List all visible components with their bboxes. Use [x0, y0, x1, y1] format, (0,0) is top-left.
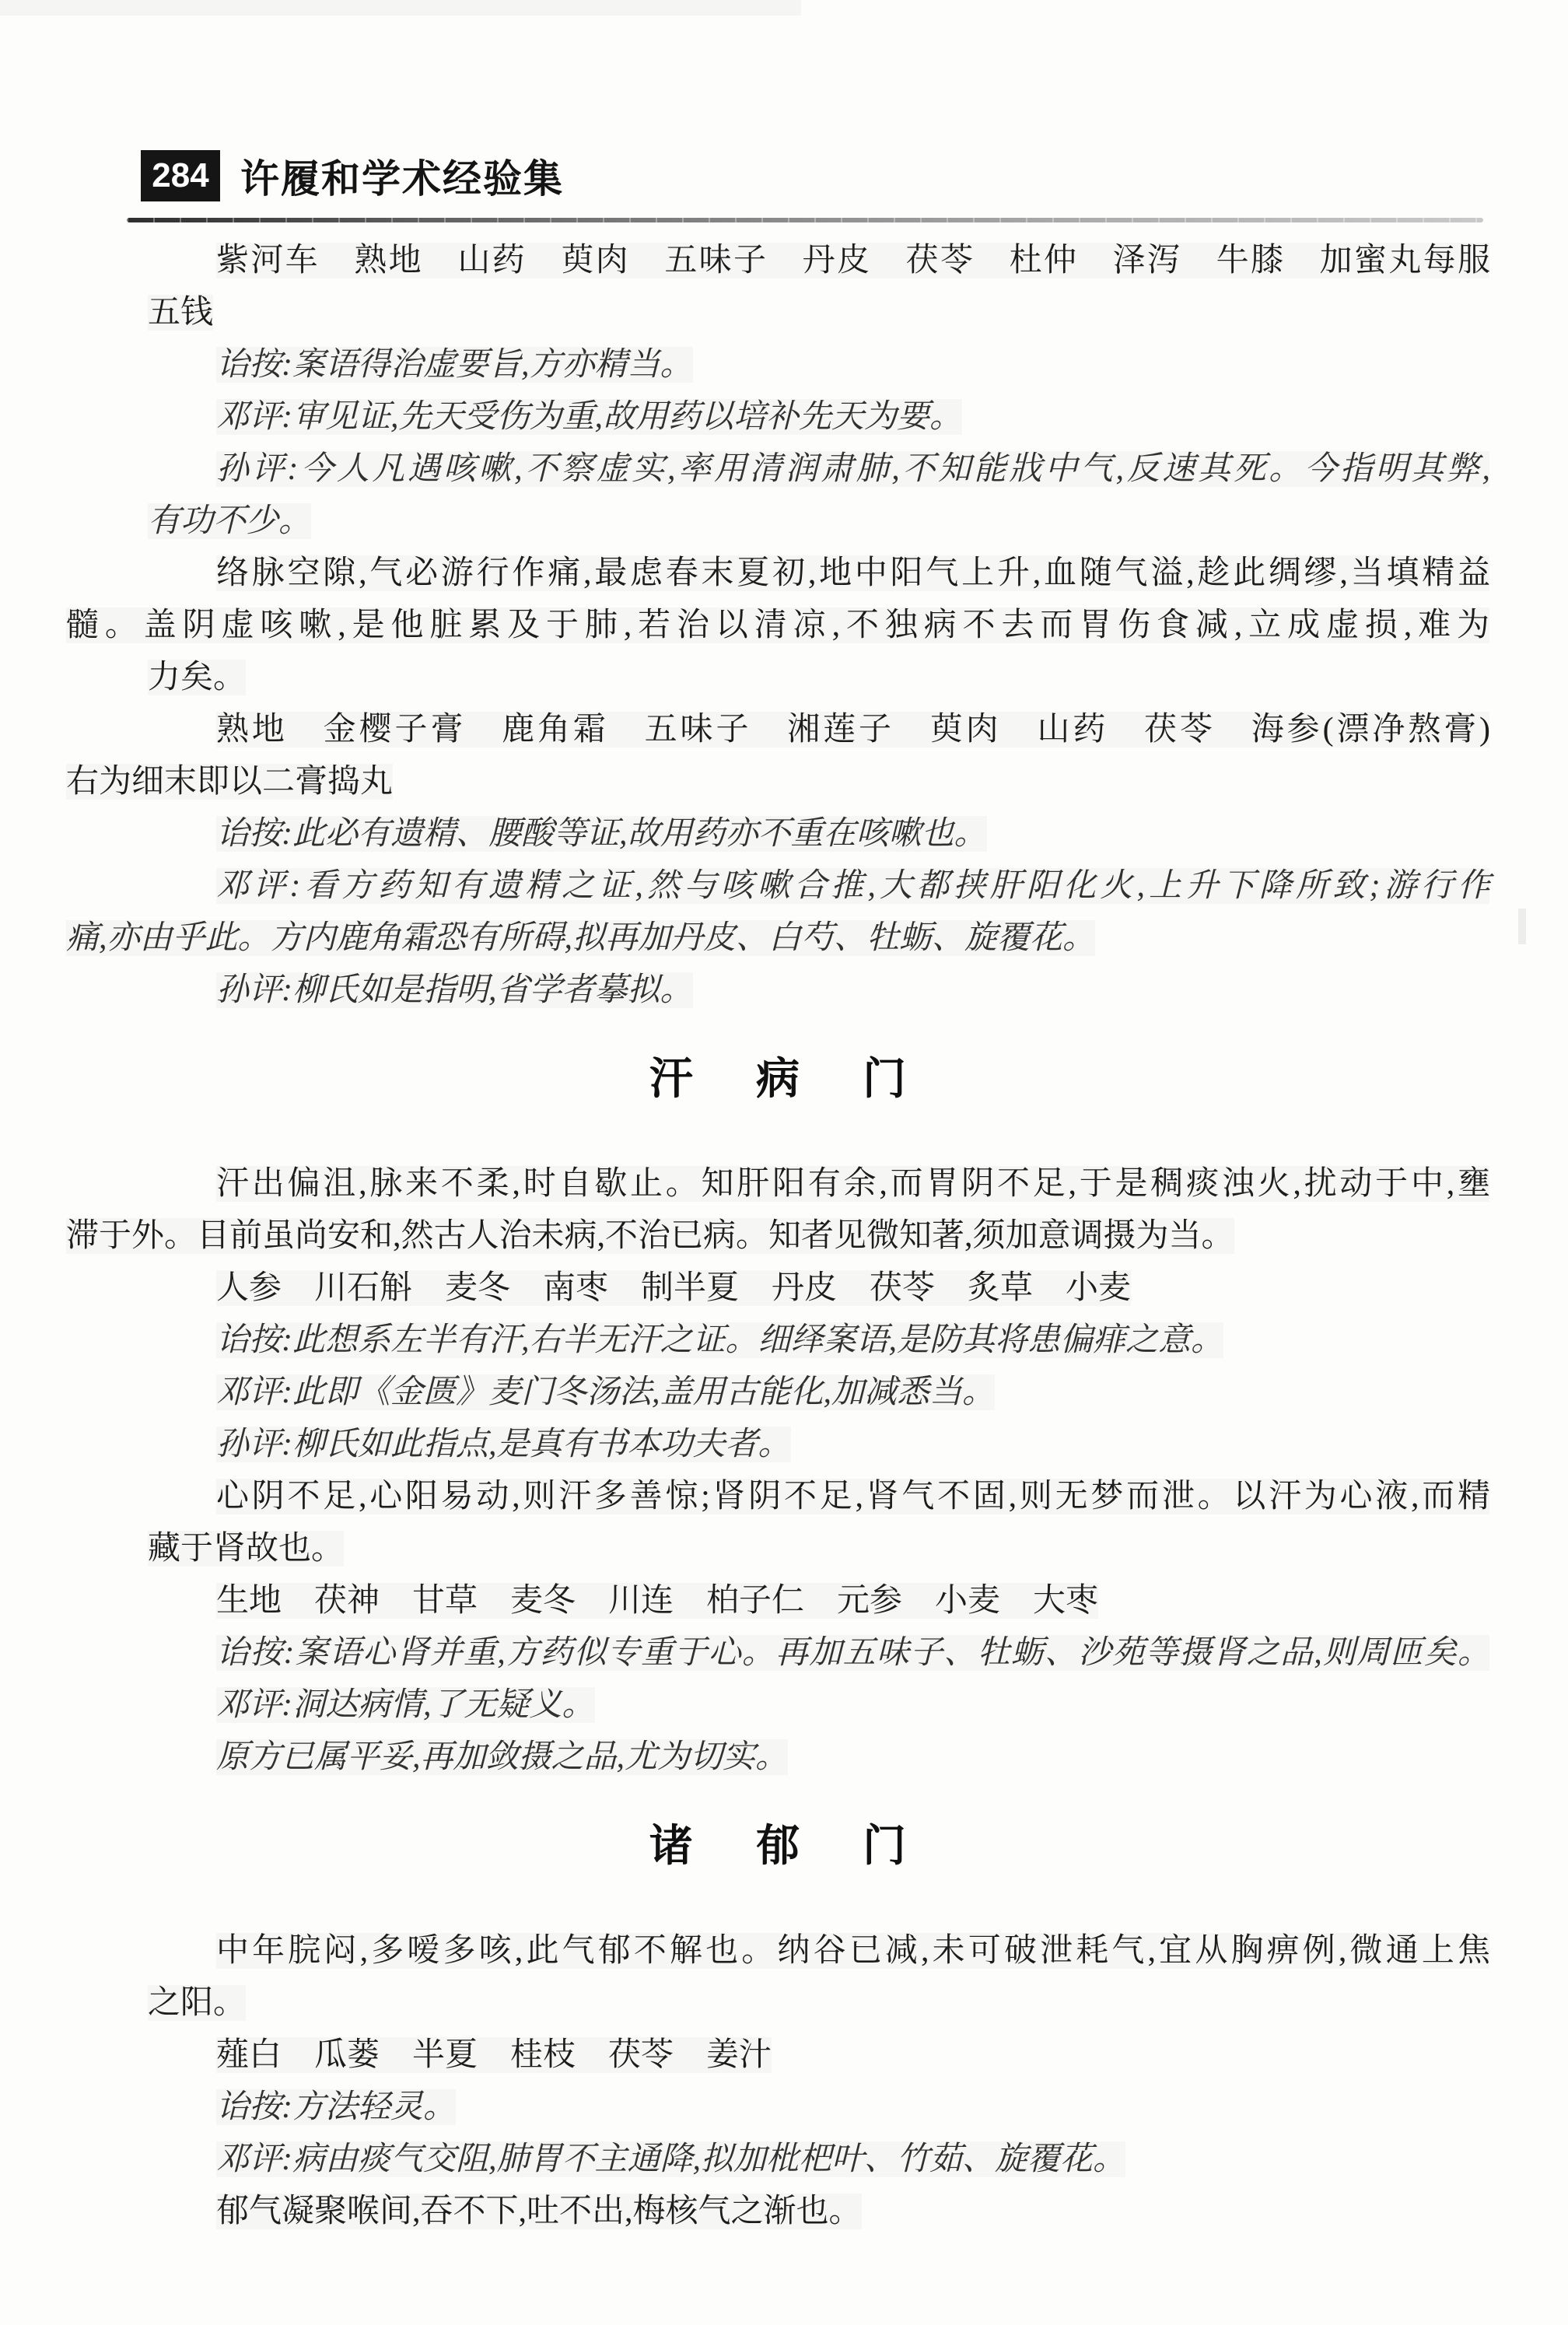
- text-line-prescription: 紫河车 熟地 山药 萸肉 五味子 丹皮 茯苓 杜仲 泽泻 牛膝 加蜜丸每服: [216, 235, 1489, 287]
- text-line-comment: 孙评:今人凡遇咳嗽,不察虚实,率用清润肃肺,不知能戕中气,反速其死。今指明其弊,: [216, 443, 1489, 495]
- text-line-comment: 诒按:方法轻灵。: [216, 2082, 1489, 2134]
- text-line-case: 滞于外。目前虽尚安和,然古人治未病,不治已病。知者见微知著,须加意调摄为当。: [66, 1210, 1489, 1262]
- text-line-ink: 痛,亦由乎此。方内鹿角霜恐有所碍,拟再加丹皮、白芍、牡蛎、旋覆花。: [66, 920, 1095, 956]
- text-line-ink: 孙评:柳氏如此指点,是真有书本功夫者。: [216, 1427, 791, 1462]
- book-title: 许履和学术经验集: [240, 148, 564, 204]
- text-line-comment: 诒按:此想系左半有汗,右半无汗之证。细绎案语,是防其将患偏痱之意。: [216, 1315, 1489, 1367]
- text-line-comment: 邓评:病由痰气交阻,肺胃不主通降,拟加枇杷叶、竹茹、旋覆花。: [216, 2134, 1489, 2186]
- text-line-ink: 中年脘闷,多嗳多咳,此气郁不解也。纳谷已减,未可破泄耗气,宜从胸痹例,微通上焦: [216, 1933, 1489, 1969]
- text-line-ink: 孙评:柳氏如是指明,省学者摹拟。: [216, 972, 693, 1008]
- text-line-ink: 五钱: [148, 295, 213, 331]
- section-heading: 诸郁门: [66, 1815, 1489, 1877]
- text-line-ink: 紫河车 熟地 山药 萸肉 五味子 丹皮 茯苓 杜仲 泽泻 牛膝 加蜜丸每服: [216, 243, 1489, 278]
- text-line-ink: 生地 茯神 甘草 麦冬 川连 柏子仁 元参 小麦 大枣: [216, 1583, 1098, 1619]
- text-line-prescription: 熟地 金樱子膏 鹿角霜 五味子 湘莲子 萸肉 山药 茯苓 海参(漂净熬膏): [216, 704, 1489, 756]
- text-line-ink: 邓评:此即《金匮》麦门冬汤法,盖用古能化,加减悉当。: [216, 1374, 995, 1410]
- text-line-comment: 痛,亦由乎此。方内鹿角霜恐有所碍,拟再加丹皮、白芍、牡蛎、旋覆花。: [66, 912, 1489, 965]
- text-line-ink: 人参 川石斛 麦冬 南枣 制半夏 丹皮 茯苓 炙草 小麦: [216, 1270, 1131, 1306]
- text-line-case: 之阳。: [148, 1977, 1489, 2029]
- text-line-prescription: 生地 茯神 甘草 麦冬 川连 柏子仁 元参 小麦 大枣: [216, 1575, 1489, 1627]
- text-line-ink: 诒按:方法轻灵。: [216, 2089, 456, 2125]
- text-line-ink: 邓评:审见证,先天受伤为重,故用药以培补先天为要。: [216, 399, 962, 435]
- text-line-ink: 诒按:案语心肾并重,方药似专重于心。再加五味子、牡蛎、沙苑等摄肾之品,则周匝矣。: [216, 1635, 1489, 1671]
- scan-edge-strip: [0, 0, 801, 16]
- text-line-ink: 力矣。: [148, 660, 246, 695]
- text-line-comment: 有功不少。: [148, 495, 1489, 548]
- text-line-prescription: 人参 川石斛 麦冬 南枣 制半夏 丹皮 茯苓 炙草 小麦: [216, 1262, 1489, 1315]
- text-line-ink: 络脉空隙,气必游行作痛,最虑春末夏初,地中阳气上升,血随气溢,趁此绸缪,当填精益: [216, 555, 1489, 591]
- running-head: 284 许履和学术经验集: [141, 148, 564, 204]
- text-line-ink: 心阴不足,心阳易动,则汗多善惊;肾阴不足,肾气不固,则无梦而泄。以汗为心液,而精: [216, 1479, 1489, 1514]
- text-line-case: 心阴不足,心阳易动,则汗多善惊;肾阴不足,肾气不固,则无梦而泄。以汗为心液,而精: [216, 1471, 1489, 1523]
- text-line-ink: 髓。盖阴虚咳嗽,是他脏累及于肺,若治以清凉,不独病不去而胃伤食减,立成虚损,难为: [66, 608, 1489, 643]
- text-line-comment: 邓评:审见证,先天受伤为重,故用药以培补先天为要。: [216, 391, 1489, 443]
- text-line-ink: 邓评:洞达病情,了无疑义。: [216, 1687, 595, 1723]
- text-line-ink: 薤白 瓜蒌 半夏 桂枝 茯苓 姜汁: [216, 2037, 772, 2073]
- text-line-case: 络脉空隙,气必游行作痛,最虑春末夏初,地中阳气上升,血随气溢,趁此绸缪,当填精益: [216, 548, 1489, 600]
- scan-smudge: [1518, 909, 1526, 944]
- header-rule: [127, 218, 1483, 222]
- page-body: 紫河车 熟地 山药 萸肉 五味子 丹皮 茯苓 杜仲 泽泻 牛膝 加蜜丸每服五钱诒…: [66, 235, 1489, 2238]
- text-line-comment: 诒按:此必有遗精、腰酸等证,故用药亦不重在咳嗽也。: [216, 808, 1489, 860]
- text-line-case: 藏于肾故也。: [148, 1523, 1489, 1575]
- text-line-ink: 熟地 金樱子膏 鹿角霜 五味子 湘莲子 萸肉 山药 茯苓 海参(漂净熬膏): [216, 712, 1489, 748]
- page-number-badge: 284: [141, 150, 220, 201]
- text-line-ink: 邓评:看方药知有遗精之证,然与咳嗽合推,大都挟肝阳化火,上升下降所致;游行作: [216, 868, 1489, 904]
- text-line-instruction: 右为细末即以二膏捣丸: [66, 756, 1489, 808]
- text-line-ink: 诒按:此想系左半有汗,右半无汗之证。细绎案语,是防其将患偏痱之意。: [216, 1322, 1223, 1358]
- scanned-book-page: { "colors": { "paper": "#fdfdfc", "ink":…: [0, 0, 1568, 2325]
- text-line-comment: 邓评:洞达病情,了无疑义。: [216, 1679, 1489, 1731]
- text-line-ink: 汗出偏沮,脉来不柔,时自歇止。知肝阳有余,而胃阴不足,于是稠痰浊火,扰动于中,壅: [216, 1166, 1489, 1202]
- text-line-comment: 诒按:案语得治虚要旨,方亦精当。: [216, 339, 1489, 391]
- text-line-case: 郁气凝聚喉间,吞不下,吐不出,梅核气之渐也。: [216, 2186, 1489, 2238]
- text-line-ink: 孙评:今人凡遇咳嗽,不察虚实,率用清润肃肺,不知能戕中气,反速其死。今指明其弊,: [216, 451, 1489, 487]
- text-line-comment: 邓评:此即《金匮》麦门冬汤法,盖用古能化,加减悉当。: [216, 1367, 1489, 1419]
- text-line-prescription: 五钱: [148, 287, 1489, 339]
- text-line-ink: 郁气凝聚喉间,吞不下,吐不出,梅核气之渐也。: [216, 2194, 862, 2229]
- text-line-case: 中年脘闷,多嗳多咳,此气郁不解也。纳谷已减,未可破泄耗气,宜从胸痹例,微通上焦: [216, 1925, 1489, 1977]
- text-line-prescription: 薤白 瓜蒌 半夏 桂枝 茯苓 姜汁: [216, 2029, 1489, 2082]
- section-heading: 汗病门: [66, 1048, 1489, 1110]
- page-number: 284: [152, 156, 208, 195]
- text-line-ink: 有功不少。: [148, 503, 311, 539]
- text-line-case: 髓。盖阴虚咳嗽,是他脏累及于肺,若治以清凉,不独病不去而胃伤食减,立成虚损,难为: [66, 600, 1489, 652]
- text-line-comment: 孙评:柳氏如此指点,是真有书本功夫者。: [216, 1419, 1489, 1471]
- text-line-ink: 滞于外。目前虽尚安和,然古人治未病,不治已病。知者见微知著,须加意调摄为当。: [66, 1218, 1234, 1254]
- text-line-ink: 诒按:此必有遗精、腰酸等证,故用药亦不重在咳嗽也。: [216, 816, 987, 852]
- text-line-ink: 右为细末即以二膏捣丸: [66, 764, 393, 800]
- text-line-comment: 孙评:柳氏如是指明,省学者摹拟。: [216, 965, 1489, 1017]
- text-line-ink: 藏于肾故也。: [148, 1531, 344, 1567]
- text-line-ink: 原方已属平妥,再加敛摄之品,尤为切实。: [216, 1739, 788, 1775]
- text-line-comment: 邓评:看方药知有遗精之证,然与咳嗽合推,大都挟肝阳化火,上升下降所致;游行作: [216, 860, 1489, 912]
- text-line-comment: 诒按:案语心肾并重,方药似专重于心。再加五味子、牡蛎、沙苑等摄肾之品,则周匝矣。: [216, 1627, 1489, 1679]
- text-line-ink: 诒按:案语得治虚要旨,方亦精当。: [216, 347, 693, 383]
- text-line-comment: 原方已属平妥,再加敛摄之品,尤为切实。: [216, 1731, 1489, 1784]
- text-line-case: 力矣。: [148, 652, 1489, 704]
- text-line-ink: 之阳。: [148, 1985, 246, 2021]
- text-line-ink: 邓评:病由痰气交阻,肺胃不主通降,拟加枇杷叶、竹茹、旋覆花。: [216, 2141, 1125, 2177]
- text-line-case: 汗出偏沮,脉来不柔,时自歇止。知肝阳有余,而胃阴不足,于是稠痰浊火,扰动于中,壅: [216, 1158, 1489, 1210]
